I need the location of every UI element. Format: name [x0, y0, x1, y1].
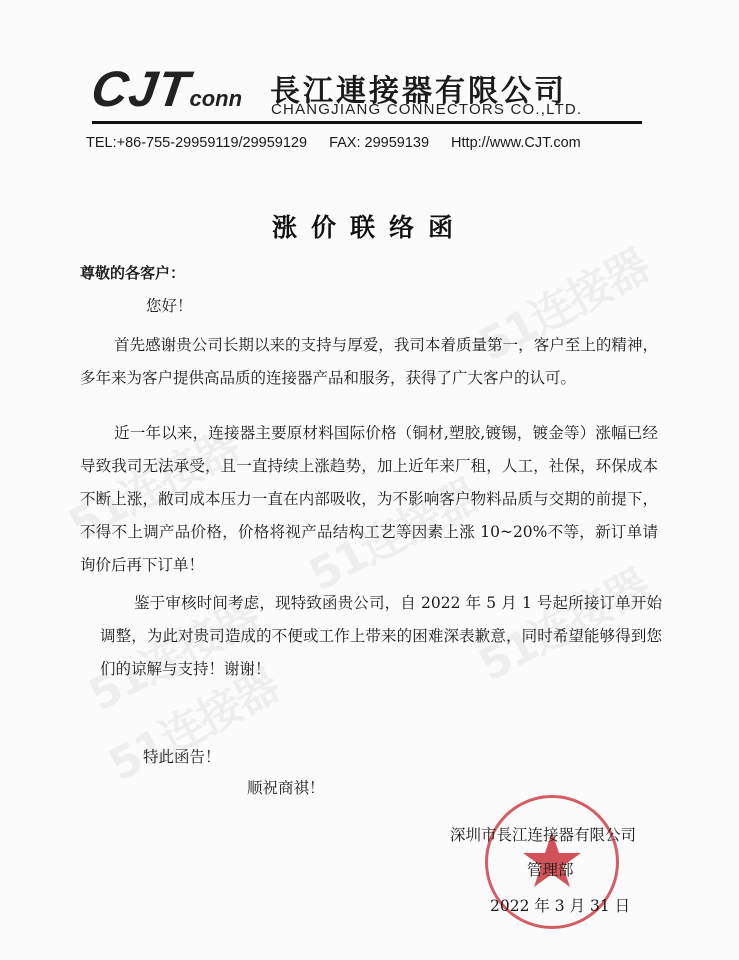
letterhead-divider: [92, 121, 642, 124]
signature-department: 管理部: [527, 858, 574, 880]
logo-main: CJT: [88, 64, 192, 114]
signature-date: 2022 年 3 月 31 日: [490, 894, 630, 916]
contact-line: TEL:+86-755-29959119/29959129 FAX: 29959…: [86, 135, 646, 151]
logo-suffix: conn: [189, 86, 242, 112]
document-page: 51连接器 51连接器 51连接器 51连接器 51连接器 51连接器 CJTc…: [0, 0, 739, 960]
fax: FAX: 29959139: [329, 135, 429, 151]
closing-regards: 顺祝商祺！: [247, 776, 325, 798]
paragraph-3: 鉴于审核时间考虑，现特致函贵公司，自 2022 年 5 月 1 号起所接订单开始…: [100, 587, 662, 686]
paragraph-2: 近一年以来，连接器主要原材料国际价格（铜材,塑胶,镀锡，镀金等）涨幅已经导致我司…: [80, 417, 658, 582]
company-name-en: CHANGJIANG CONNECTORS CO.,LTD.: [271, 101, 582, 118]
company-logo: CJTconn: [92, 64, 242, 114]
closing-notice: 特此函告！: [143, 745, 221, 767]
tel: TEL:+86-755-29959119/29959129: [86, 135, 307, 151]
website: Http://www.CJT.com: [451, 135, 581, 151]
paragraph-1: 首先感谢贵公司长期以来的支持与厚爱，我司本着质量第一，客户至上的精神，多年来为客…: [80, 329, 658, 395]
document-title: 涨价联络函: [0, 208, 739, 244]
signature-company: 深圳市長江连接器有限公司: [450, 823, 636, 845]
salutation: 尊敬的各客户：: [80, 262, 185, 283]
greeting: 您好！: [146, 294, 193, 316]
